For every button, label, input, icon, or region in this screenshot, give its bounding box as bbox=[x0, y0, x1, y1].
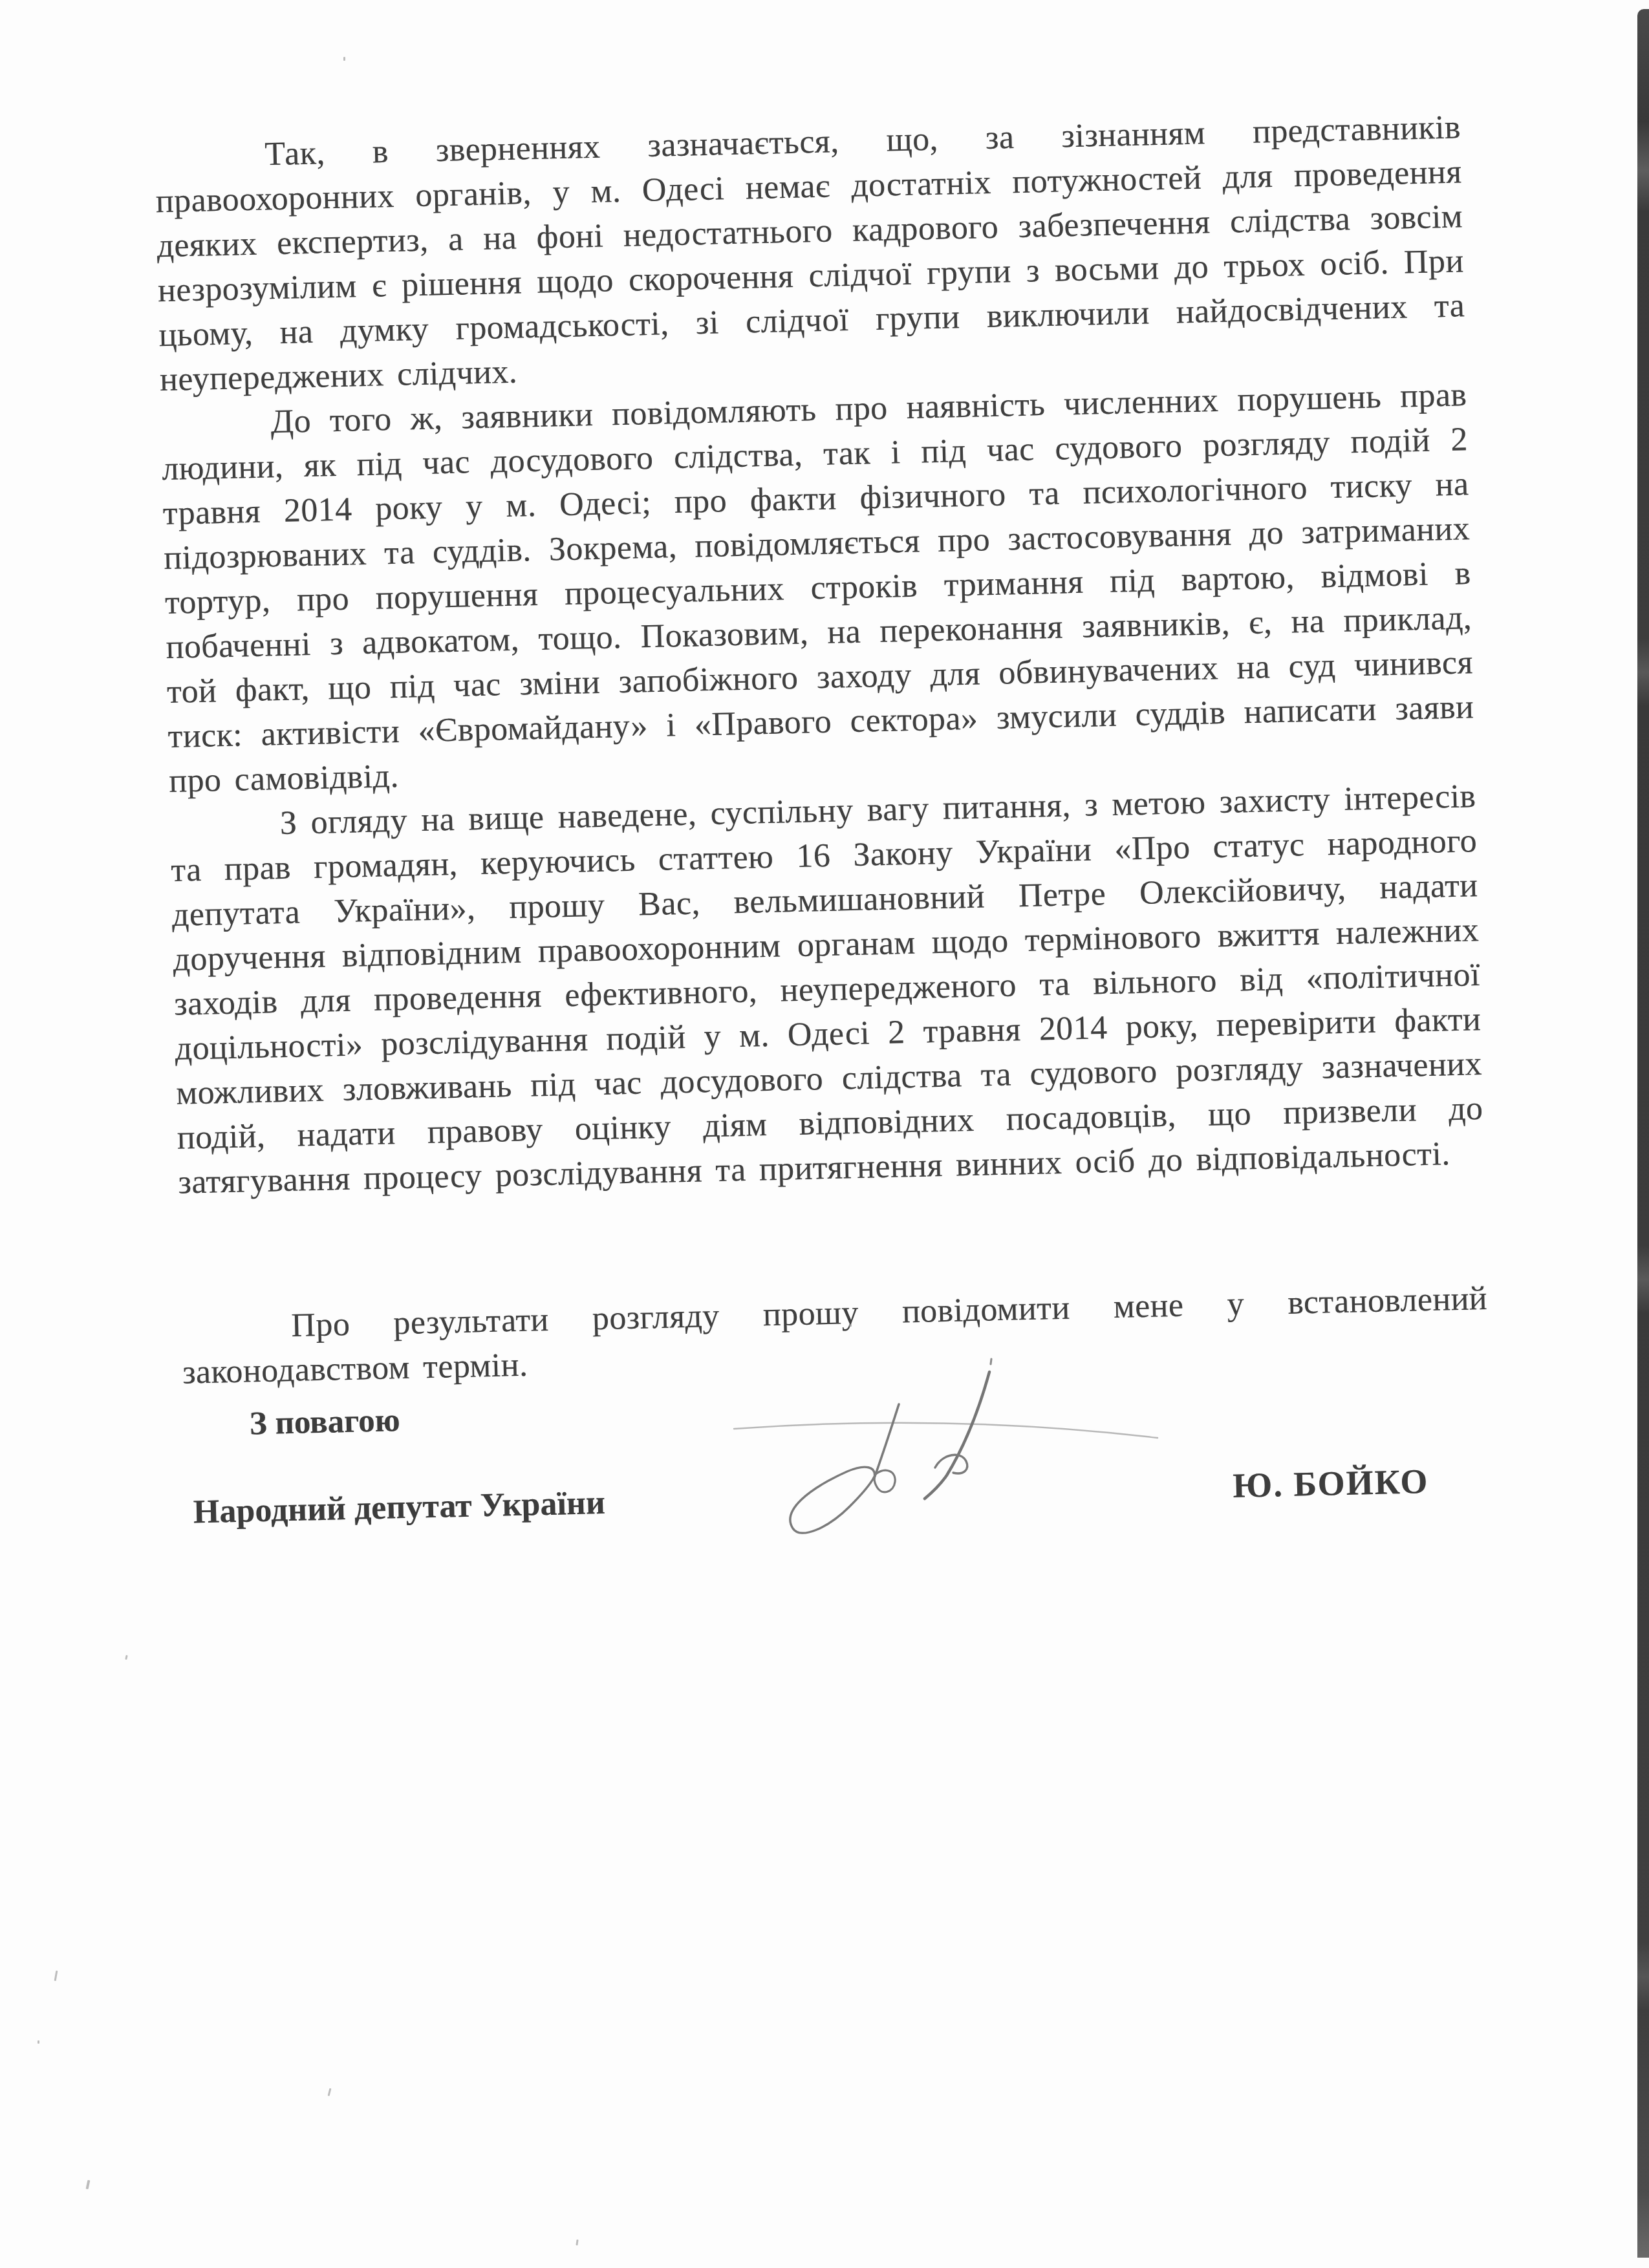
paragraph-rights-violations: До того ж, заявники повідомляють про ная… bbox=[160, 372, 1476, 804]
paragraph-expert-capacity: Так, в зверненнях зазначається, що, за з… bbox=[155, 105, 1467, 402]
scan-edge-artifact bbox=[1637, 9, 1649, 2258]
scanned-letter-page: Так, в зверненнях зазначається, що, за з… bbox=[0, 0, 1649, 2268]
paragraph-request: З огляду на вище наведене, суспільну ваг… bbox=[169, 774, 1485, 1205]
signatory-name: Ю. БОЙКО bbox=[1233, 1461, 1429, 1506]
signatory-title: Народний депутат України bbox=[193, 1484, 605, 1531]
closing-salutation: З повагою bbox=[249, 1402, 400, 1442]
handwritten-signature bbox=[698, 1312, 1203, 1674]
